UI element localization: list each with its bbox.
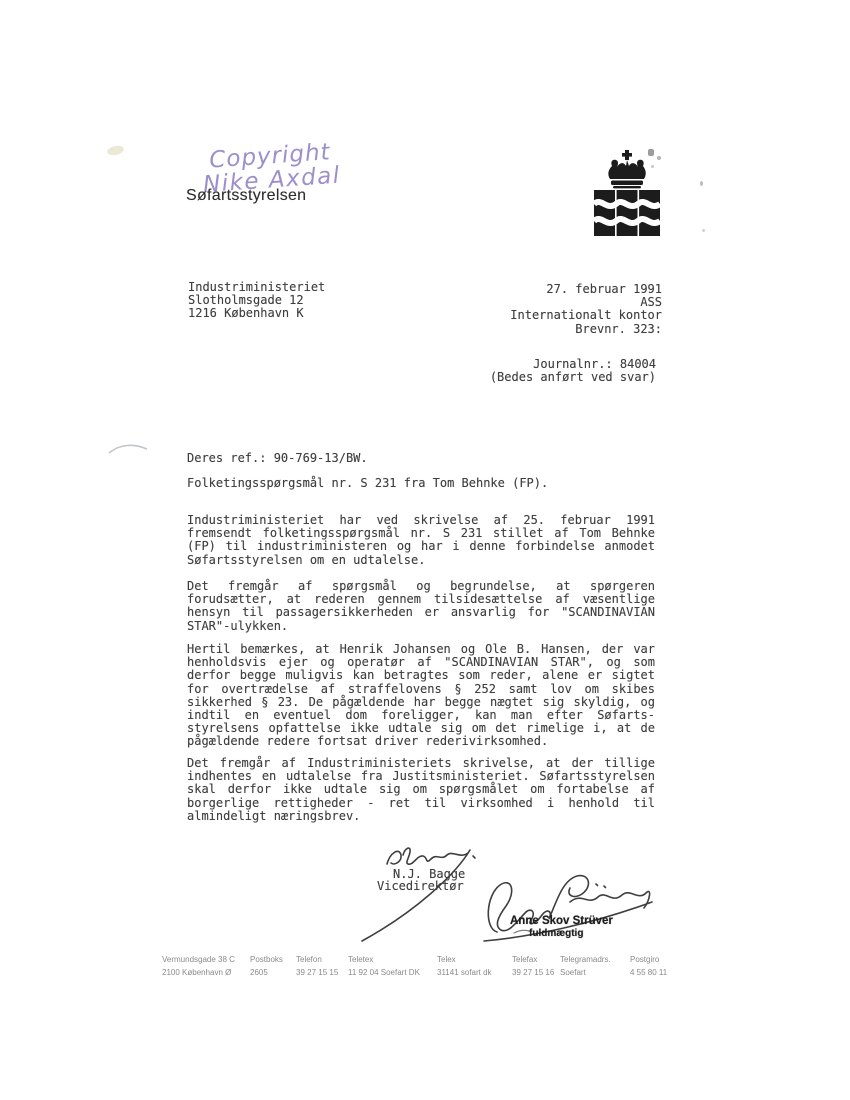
body-paragraph-3: Hertil bemærkes, at Henrik Johansen og O… — [187, 643, 655, 749]
footer-value: 2100 København Ø — [162, 969, 235, 977]
footer-col-telegram: Telegramadrs. Soefart — [560, 956, 611, 977]
cosignatory-title: fuldmægtig — [529, 928, 583, 939]
body-line: almindeligt næringsbrev. — [187, 810, 655, 823]
cosignatory-name: Anne Skov Strüver — [510, 915, 613, 927]
footer-value: 31141 sofart dk — [437, 969, 492, 977]
body-line: skal derfor ikke udtale sig om spørgsmål… — [187, 783, 655, 796]
footer-value: 4 55 80 11 — [630, 969, 667, 977]
body-line: for overtrædelse af straffelovens § 252 … — [187, 683, 655, 696]
footer-col-teletex: Teletex 11 92 04 Soefart DK — [348, 956, 420, 977]
footer-label: Vermundsgade 38 C — [162, 956, 235, 964]
journal-note-line: (Bedes anført ved svar) — [490, 371, 656, 384]
scan-speck — [648, 149, 654, 156]
footer-col-telefax: Telefax 39 27 15 16 — [512, 956, 554, 977]
footer-label: Postgiro — [630, 956, 667, 964]
recipient-address-block: Industriministeriet Slotholmsgade 12 121… — [188, 281, 325, 321]
footer-value: 39 27 15 15 — [296, 969, 338, 977]
letter-scan: Copyright Nike Axdal Søfartsstyrelsen — [0, 0, 850, 1100]
footer-col-phone: Telefon 39 27 15 15 — [296, 956, 338, 977]
footer-col-telex: Telex 31141 sofart dk — [437, 956, 492, 977]
footer-label: Telegramadrs. — [560, 956, 611, 964]
pen-arc-mark — [105, 436, 153, 460]
scan-smudge — [106, 144, 124, 156]
footer-col-address: Vermundsgade 38 C 2100 København Ø — [162, 956, 235, 977]
body-line: (FP) til industriministeren og har i den… — [187, 540, 655, 553]
footer-label: Postboks — [250, 956, 283, 964]
footer-value: 11 92 04 Soefart DK — [348, 969, 420, 977]
reference-line: Deres ref.: 90-769-13/BW. — [187, 452, 368, 465]
body-line: borgerlige rettigheder - ret til virksom… — [187, 797, 655, 810]
body-line: hensyn til passagersikkerheden er ansvar… — [187, 606, 655, 619]
footer-label: Telefax — [512, 956, 554, 964]
body-paragraph-1: Industriministeriet har ved skrivelse af… — [187, 514, 655, 567]
date-office-block: 27. februar 1991 ASS Internationalt kont… — [510, 283, 662, 336]
signatory-title: Vicedirektør — [377, 880, 464, 893]
footer-value: 39 27 15 16 — [512, 969, 554, 977]
body-paragraph-2: Det fremgår af spørgsmål og begrundelse,… — [187, 580, 655, 633]
body-line: STAR"-ulykken. — [187, 620, 655, 633]
handwritten-signatures — [330, 840, 665, 955]
recipient-line: 1216 København K — [188, 307, 325, 320]
footer-col-postbox: Postboks 2605 — [250, 956, 283, 977]
letterhead-org-name: Søfartsstyrelsen — [186, 186, 306, 206]
body-line: pågældende redere fortsat driver rederiv… — [187, 735, 655, 748]
body-line: Søfartsstyrelsen om en udtalelse. — [187, 554, 655, 567]
footer-label: Telex — [437, 956, 492, 964]
body-paragraph-4: Det fremgår af Industriministeriets skri… — [187, 757, 655, 823]
footer-value: 2605 — [250, 969, 283, 977]
scan-speck — [700, 181, 703, 186]
office-name-line: Internationalt kontor — [510, 309, 662, 322]
body-line: derfor begge muligvis kan betragtes som … — [187, 669, 655, 682]
footer-value: Soefart — [560, 969, 611, 977]
scan-speck — [702, 229, 705, 232]
scan-speck — [657, 156, 661, 160]
subject-line: Folketingsspørgsmål nr. S 231 fra Tom Be… — [187, 477, 548, 490]
letter-number-line: Brevnr. 323: — [510, 323, 662, 336]
crown-waves-logo-icon — [592, 150, 664, 238]
scan-speck — [651, 165, 654, 168]
footer-col-postgiro: Postgiro 4 55 80 11 — [630, 956, 667, 977]
journal-number-block: Journalnr.: 84004 (Bedes anført ved svar… — [490, 358, 656, 384]
footer-label: Teletex — [348, 956, 420, 964]
footer-label: Telefon — [296, 956, 338, 964]
